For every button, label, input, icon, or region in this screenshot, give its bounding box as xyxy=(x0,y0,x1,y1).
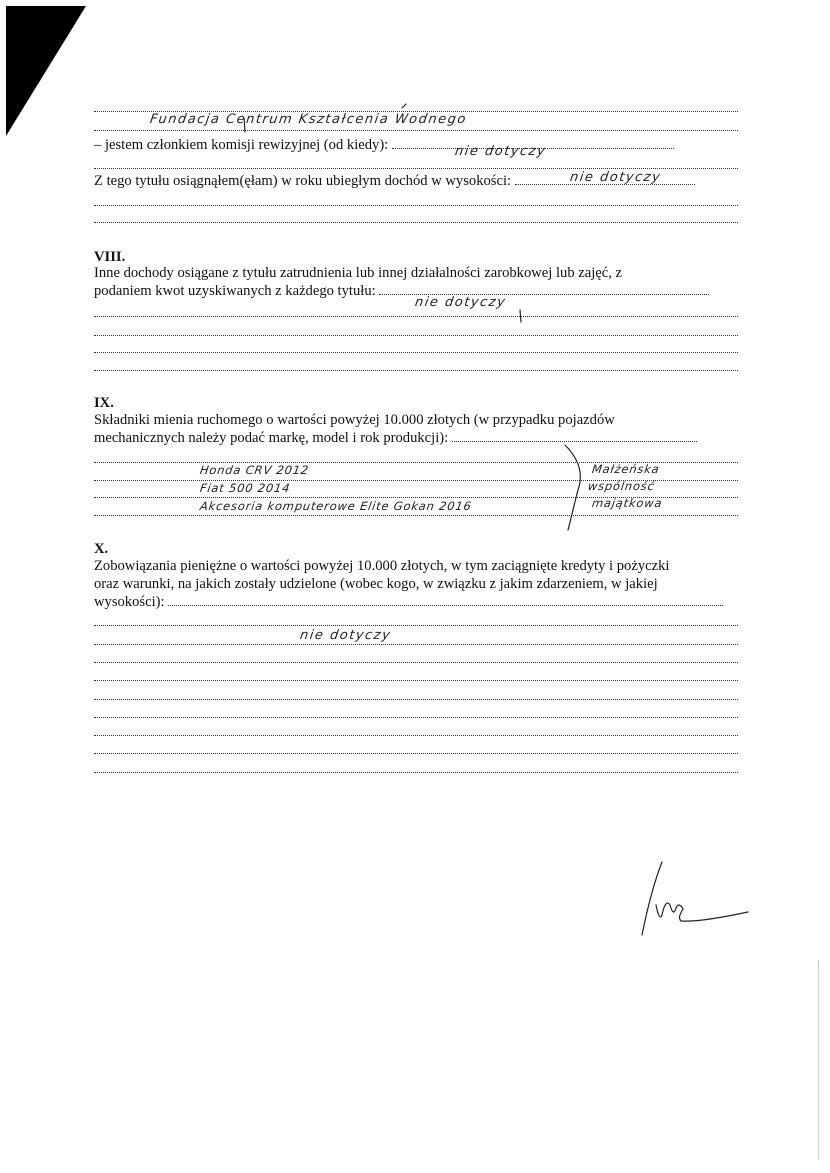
dotted-line xyxy=(94,662,738,663)
side-note-line: majątkowa xyxy=(591,496,663,510)
section-ix-line2-row: mechanicznych należy podać markę, model … xyxy=(94,430,738,448)
movable-asset-item: Honda CRV 2012 xyxy=(199,463,310,477)
section-ix-heading: IX. xyxy=(94,395,114,412)
audit-committee-value: nie dotyczy xyxy=(454,144,547,159)
scan-edge-artifact xyxy=(818,960,820,1160)
side-note-line: Małżeńska xyxy=(591,462,661,476)
section-viii-line1: Inne dochody osiągane z tytułu zatrudnie… xyxy=(94,265,738,283)
dotted-line xyxy=(94,352,738,353)
audit-committee-row: – jestem członkiem komisji rewizyjnej (o… xyxy=(94,137,738,155)
dotted-line xyxy=(94,753,738,754)
dotted-line xyxy=(94,222,738,223)
section-x-value: nie dotyczy xyxy=(299,628,392,643)
dotted-line xyxy=(94,335,738,336)
dotted-line xyxy=(94,644,738,645)
section-x-line1: Zobowiązania pieniężne o wartości powyże… xyxy=(94,558,738,576)
scan-corner-artifact xyxy=(6,6,86,136)
dotted-line xyxy=(94,370,738,371)
movable-asset-item: Akcesoria komputerowe Elite Gokan 2016 xyxy=(199,499,473,513)
dotted-line xyxy=(94,625,738,626)
section-viii-heading: VIII. xyxy=(94,249,125,266)
section-x-line3: wysokości): xyxy=(94,594,165,610)
dotted-line xyxy=(94,205,738,206)
section-ix-line2: mechanicznych należy podać markę, model … xyxy=(94,430,448,446)
dotted-line xyxy=(94,680,738,681)
section-x-line2: oraz warunki, na jakich zostały udzielon… xyxy=(94,576,738,594)
section-x-line3-row: wysokości): xyxy=(94,594,738,612)
dotted-line xyxy=(94,772,738,773)
dotted-line xyxy=(94,735,738,736)
signature-icon xyxy=(642,862,748,935)
income-value: nie dotyczy xyxy=(569,170,662,185)
section-viii-value: nie dotyczy xyxy=(414,295,507,310)
audit-committee-label: – jestem członkiem komisji rewizyjnej (o… xyxy=(94,137,388,153)
dotted-line xyxy=(94,717,738,718)
section-x-field xyxy=(168,605,723,606)
handwritten-mark xyxy=(402,104,406,108)
side-note-line: wspólność xyxy=(587,479,656,493)
handwritten-organization: Fundacja Centrum Kształcenia Wodnego xyxy=(149,112,468,127)
dotted-line xyxy=(94,168,738,169)
section-viii-line2: podaniem kwot uzyskiwanych z każdego tyt… xyxy=(94,283,376,299)
income-label: Z tego tytułu osiągnąłem(ęłam) w roku ub… xyxy=(94,173,511,189)
section-ix-field xyxy=(452,441,697,442)
movable-asset-item: Fiat 500 2014 xyxy=(199,481,291,495)
dotted-line xyxy=(94,130,738,131)
dotted-line xyxy=(94,699,738,700)
dotted-line xyxy=(94,515,738,516)
bracket-stroke xyxy=(565,445,580,530)
dotted-line xyxy=(94,316,738,317)
section-x-heading: X. xyxy=(94,541,108,558)
section-ix-line1: Składniki mienia ruchomego o wartości po… xyxy=(94,412,738,430)
